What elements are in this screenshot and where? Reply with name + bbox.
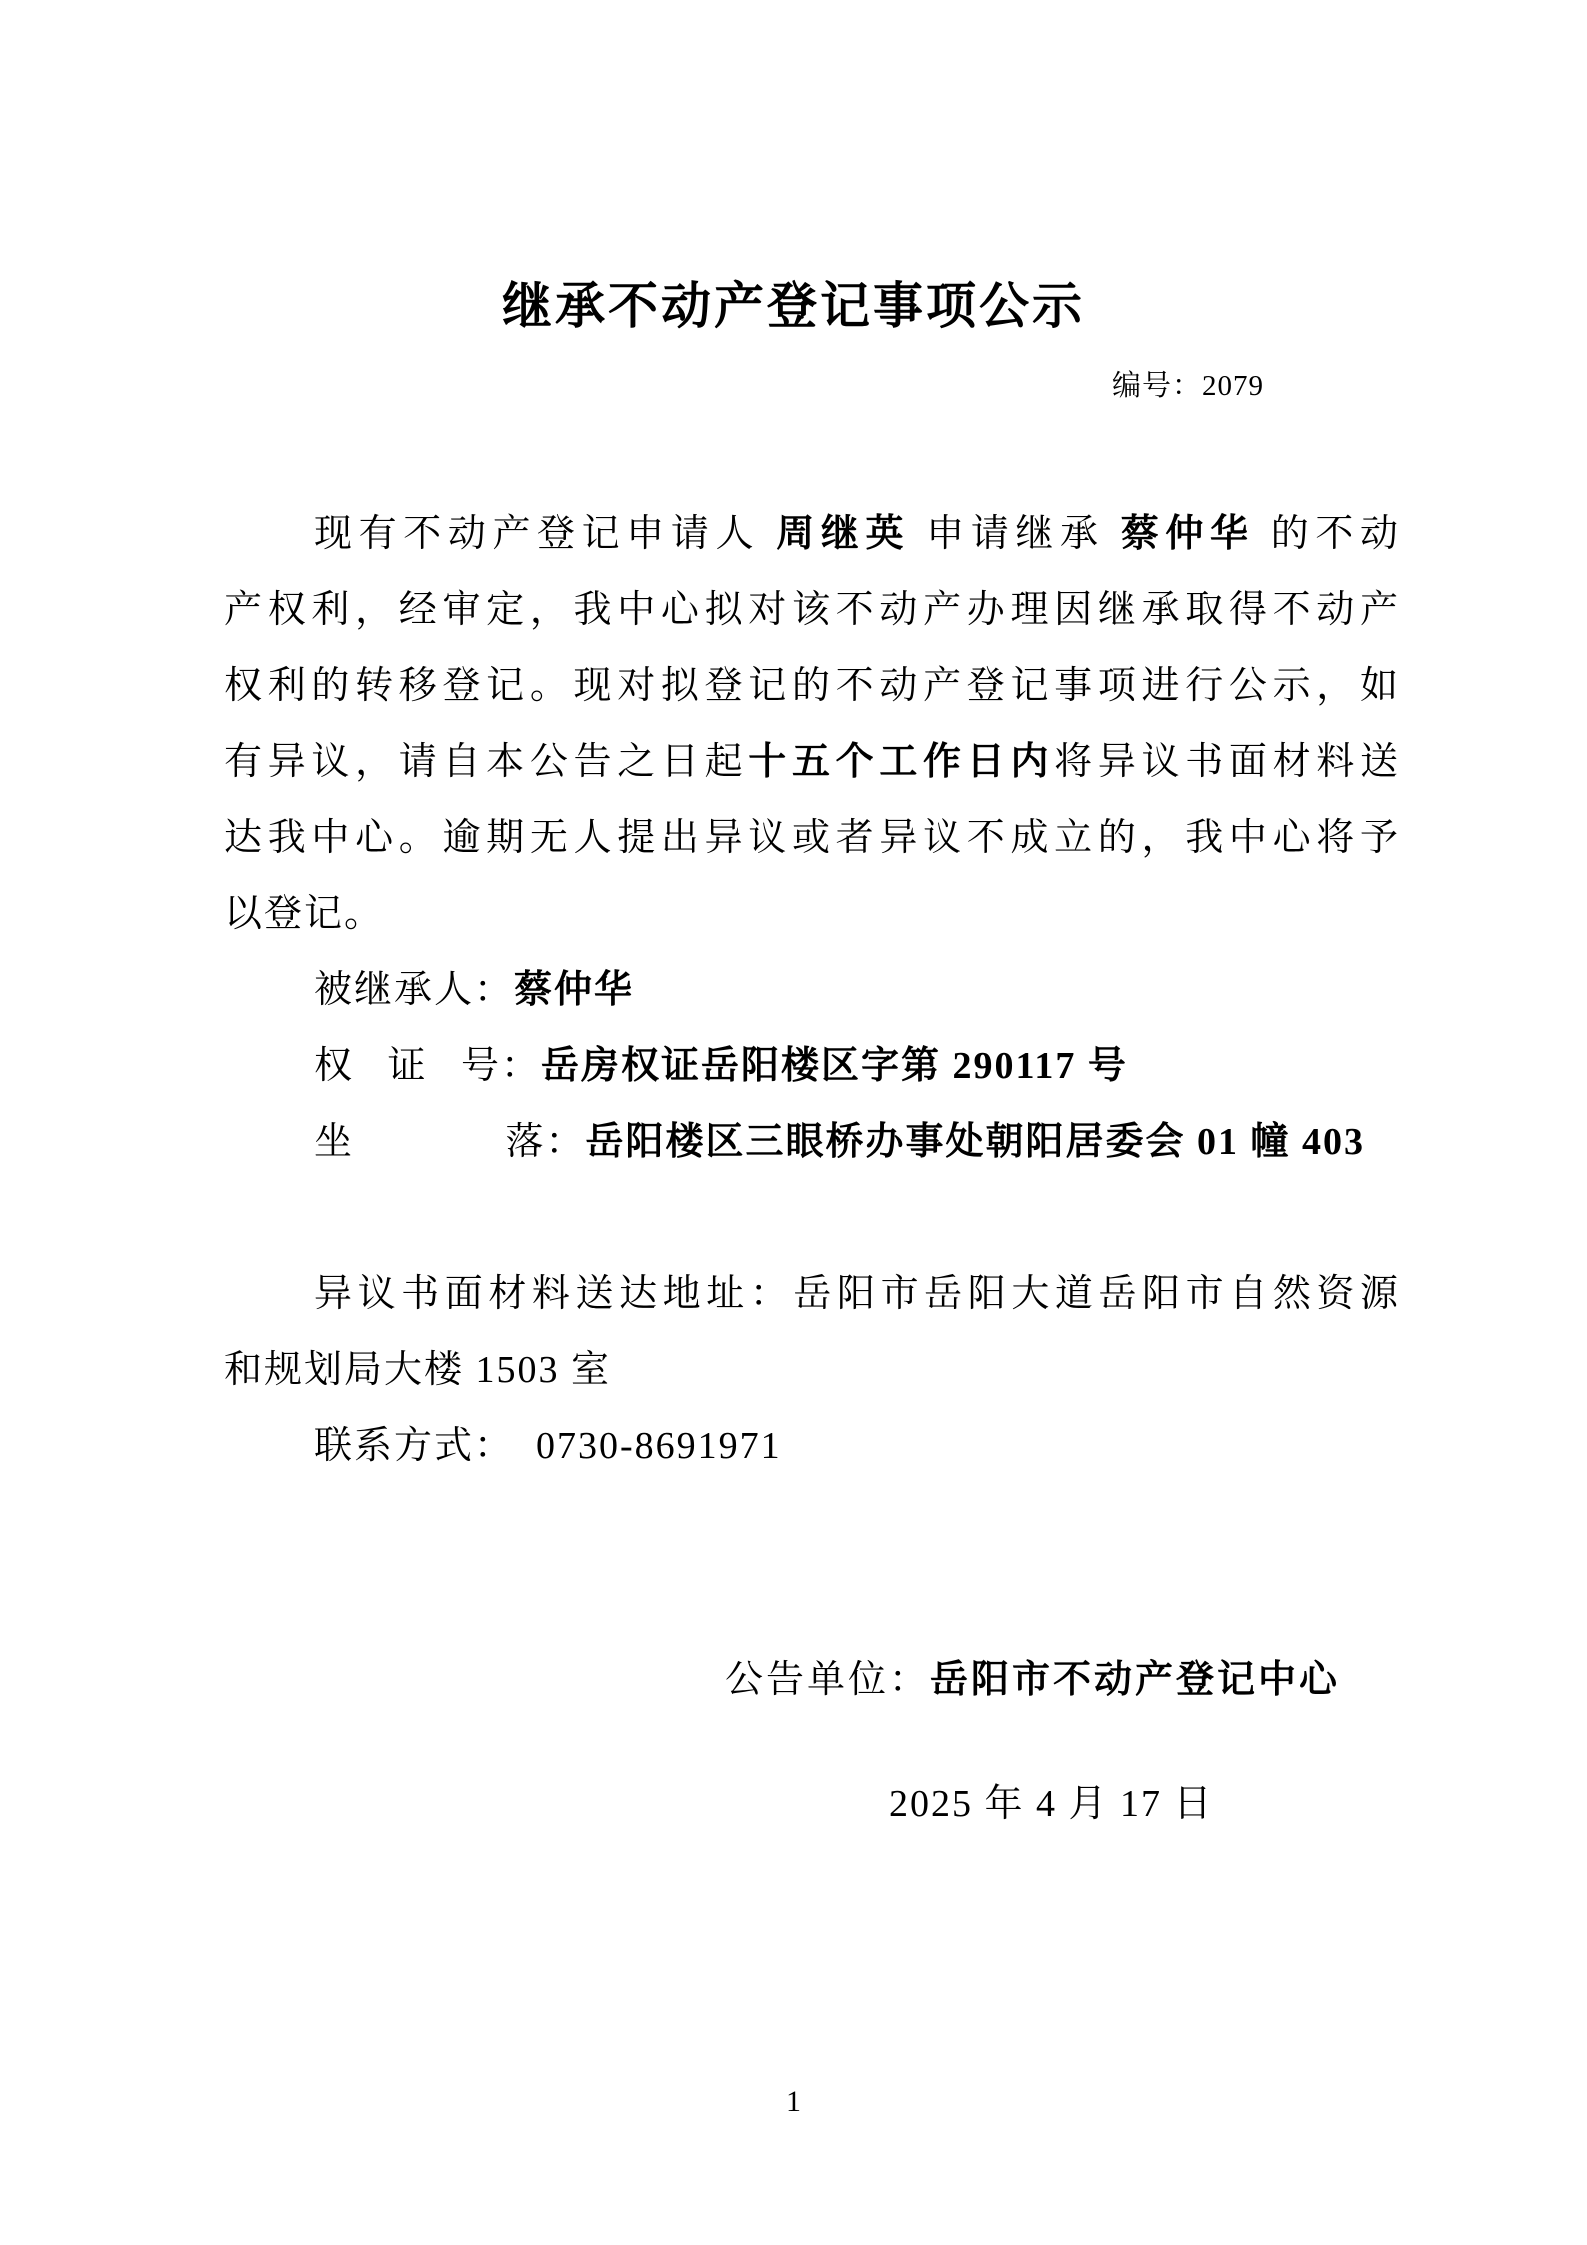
document-body: 现有不动产登记申请人 周继英 申请继承 蔡仲华 的不动 产权利，经审定，我中心拟… bbox=[224, 496, 1402, 1842]
announcing-unit-name: 岳阳市不动产登记中心 bbox=[930, 1659, 1340, 1701]
contact-phone: 0730-8691971 bbox=[536, 1425, 782, 1467]
page-number: 1 bbox=[0, 2082, 1587, 2122]
body-text: 申请继承 bbox=[910, 513, 1121, 555]
paragraph-line-2: 产权利，经审定，我中心拟对该不动产办理因继承取得不动产 bbox=[224, 572, 1402, 648]
signature-block: 公告单位：岳阳市不动产登记中心 2025 年 4 月 17 日 bbox=[224, 1642, 1402, 1842]
field-location-label: 坐 落： bbox=[314, 1121, 586, 1163]
field-certificate-value: 岳房权证岳阳楼区字第 290117 号 bbox=[541, 1045, 1128, 1087]
applicant-name: 周继英 bbox=[776, 513, 910, 555]
deadline-emphasis: 十五个工作日内 bbox=[748, 741, 1054, 783]
paragraph-line-4: 有异议，请自本公告之日起十五个工作日内将异议书面材料送 bbox=[224, 724, 1402, 800]
document-number-value: 2079 bbox=[1202, 370, 1264, 402]
announcing-unit-line: 公告单位：岳阳市不动产登记中心 bbox=[224, 1642, 1402, 1718]
paragraph-line-5: 达我中心。逾期无人提出异议或者异议不成立的，我中心将予 bbox=[224, 800, 1402, 876]
paragraph-line-6: 以登记。 bbox=[224, 876, 1402, 952]
objection-address-line-2: 和规划局大楼 1503 室 bbox=[224, 1332, 1402, 1408]
contact-line: 联系方式：0730-8691971 bbox=[224, 1408, 1402, 1484]
page-title: 继承不动产登记事项公示 bbox=[0, 272, 1587, 340]
decedent-name: 蔡仲华 bbox=[1121, 513, 1255, 555]
paragraph-line-3: 权利的转移登记。现对拟登记的不动产登记事项进行公示，如 bbox=[224, 648, 1402, 724]
objection-address-line-1: 异议书面材料送达地址：岳阳市岳阳大道岳阳市自然资源 bbox=[224, 1256, 1402, 1332]
field-certificate-number: 权 证 号：岳房权证岳阳楼区字第 290117 号 bbox=[224, 1028, 1402, 1104]
document-page: 继承不动产登记事项公示 编号：2079 现有不动产登记申请人 周继英 申请继承 … bbox=[0, 0, 1587, 2245]
field-decedent: 被继承人：蔡仲华 bbox=[224, 952, 1402, 1028]
field-certificate-label: 权 证 号： bbox=[314, 1045, 541, 1087]
field-decedent-value: 蔡仲华 bbox=[514, 969, 634, 1011]
body-text: 有异议，请自本公告之日起 bbox=[224, 741, 748, 783]
field-location: 坐 落：岳阳楼区三眼桥办事处朝阳居委会 01 幢 403 bbox=[224, 1104, 1402, 1180]
body-text: 将异议书面材料送 bbox=[1054, 741, 1402, 783]
paragraph-line-1: 现有不动产登记申请人 周继英 申请继承 蔡仲华 的不动 bbox=[224, 496, 1402, 572]
field-decedent-label: 被继承人： bbox=[314, 969, 514, 1011]
body-text: 的不动 bbox=[1255, 513, 1402, 555]
document-number: 编号：2079 bbox=[1112, 364, 1264, 408]
document-number-label: 编号： bbox=[1112, 370, 1202, 402]
announcing-unit-label: 公告单位： bbox=[725, 1659, 930, 1701]
field-location-value: 岳阳楼区三眼桥办事处朝阳居委会 01 幢 403 bbox=[586, 1121, 1366, 1163]
objection-address-block: 异议书面材料送达地址：岳阳市岳阳大道岳阳市自然资源 和规划局大楼 1503 室 … bbox=[224, 1256, 1402, 1484]
announcement-date: 2025 年 4 月 17 日 bbox=[224, 1766, 1402, 1842]
contact-label: 联系方式： bbox=[314, 1425, 514, 1467]
body-text: 现有不动产登记申请人 bbox=[314, 513, 776, 555]
